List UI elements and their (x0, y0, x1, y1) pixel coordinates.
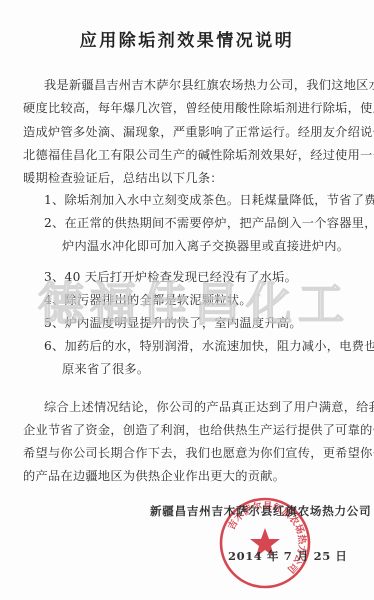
list-item-text: 加药后的水，特别润滑，水流速加快，阻力减小，电费也比 (65, 339, 374, 353)
document-title: 应用除垢剂效果情况说明 (0, 26, 374, 51)
list-item-2: 2、在正常的供热期间不需要停炉，把产品倒入一个容器里，用 (44, 215, 374, 231)
list-item-number: 6、 (44, 339, 65, 353)
summary-line: 企业节省了资金，创造了利润，也给供热生产运行提供了可靠的保障。 (23, 422, 374, 438)
list-item-3: 3、40 天后打开炉检查发现已经没有了水垢。 (44, 269, 297, 285)
summary-line: 综合上述情况结论，你公司的产品真正达到了用户满意，给我的 (44, 399, 374, 415)
signature-company: 新疆昌吉州吉木萨尔县红旗农场热力公司 (150, 503, 371, 519)
list-item-text: 40 天后打开炉检查发现已经没有了水垢。 (65, 270, 298, 284)
list-item-number: 4、 (44, 293, 65, 307)
intro-line: 我是新疆昌吉州吉木萨尔县红旗农场热力公司，我们这地区水质 (44, 77, 374, 93)
list-item-6: 6、加药后的水，特别润滑，水流速加快，阻力减小，电费也比 (44, 338, 374, 354)
list-item-text: 除污器排出的全都是软泥颗粒状。 (65, 293, 252, 307)
intro-line: 北德福佳昌化工有限公司生产的碱性除垢剂效果好，经过使用一个采 (23, 147, 374, 163)
intro-line: 硬度比较高，每年爆几次管，曾经使用酸性除垢剂进行除垢，使用后 (23, 100, 374, 116)
list-item-5: 5、炉内温度明显提升的快了，室内温度升高。 (44, 315, 302, 331)
document-page: 应用除垢剂效果情况说明 我是新疆昌吉州吉木萨尔县红旗农场热力公司，我们这地区水质… (0, 0, 374, 600)
list-item-number: 2、 (44, 216, 65, 230)
list-item-1: 1、除垢剂加入水中立刻变成茶色。日耗煤量降低，节省了费用。 (44, 192, 374, 208)
summary-line: 希望与你公司长期合作下去，我们也愿意为你们宣传，更希望你公司 (23, 445, 374, 461)
list-item-text: 在正常的供热期间不需要停炉，把产品倒入一个容器里，用 (65, 216, 374, 230)
list-item-4: 4、除污器排出的全都是软泥颗粒状。 (44, 292, 252, 308)
list-item-continuation: 原来省了很多。 (62, 361, 149, 377)
signature-date: 2014 年 7 月 25 日 (228, 548, 348, 564)
list-item-continuation: 炉内温水冲化即可加入离子交换器里或直接进炉内。 (62, 238, 349, 254)
summary-line: 的产品在边疆地区为供热企业作出更大的贡献。 (23, 468, 285, 484)
intro-line: 暖期检查验证后，总结出以下几条： (23, 170, 223, 186)
list-item-number: 1、 (44, 193, 65, 207)
list-item-number: 5、 (44, 316, 65, 330)
intro-line: 造成炉管多处滴、漏现象，严重影响了正常运行。经朋友介绍说你河 (23, 124, 374, 140)
list-item-number: 3、 (44, 270, 65, 284)
list-item-text: 除垢剂加入水中立刻变成茶色。日耗煤量降低，节省了费用。 (65, 193, 374, 207)
list-item-text: 炉内温度明显提升的快了，室内温度升高。 (65, 316, 302, 330)
